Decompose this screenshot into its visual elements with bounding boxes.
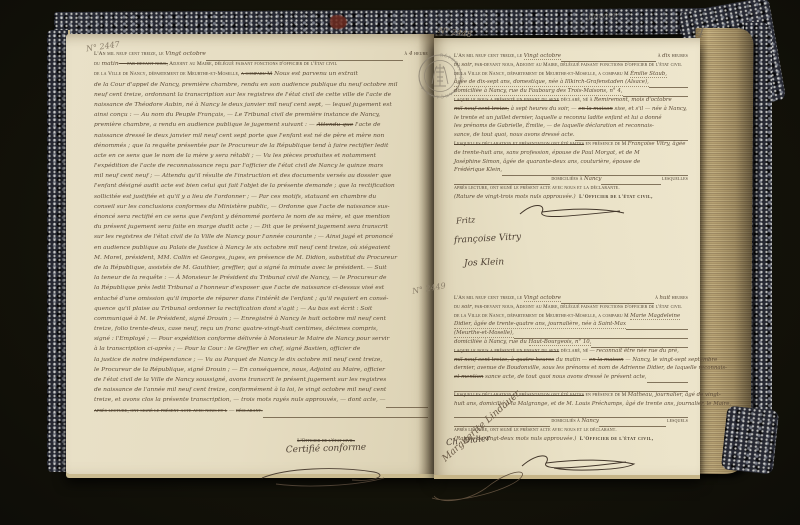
text-segment: lesquelles xyxy=(661,177,688,182)
text-segment: le Procureur de la République, signé Dro… xyxy=(94,368,385,374)
text-segment: en la maison xyxy=(578,107,613,112)
text-line: première chambre, a rendu en audience pu… xyxy=(94,123,428,133)
left-page-text-block: L'An mil neuf cent treize, le Vingt octo… xyxy=(94,52,428,419)
text-segment: soir xyxy=(461,305,471,310)
text-segment: L'An mil neuf cent treize, le xyxy=(454,54,524,59)
text-segment: du présent jugement sera faite en marge … xyxy=(94,225,388,231)
rule-line xyxy=(561,299,654,304)
text-segment: déclarant. xyxy=(590,428,617,433)
text-segment: du xyxy=(454,305,461,310)
text-segment: matin xyxy=(102,62,119,68)
act-2448-text-block: L'An mil neuf cent treize, le Vingt octo… xyxy=(454,54,688,204)
red-leather-spine-mark xyxy=(330,15,347,29)
text-segment: du xyxy=(454,63,461,68)
text-segment: domiciliées à xyxy=(550,177,584,182)
text-line: domiciliées à Nancy lesquelles xyxy=(454,177,688,186)
left-page-closing: L'Officier de l'état civil. Certifié con… xyxy=(226,438,426,454)
rule-line xyxy=(626,325,688,330)
text-segment: domiciliés à xyxy=(550,419,581,424)
book-scan-photo: Janvier N° 2447 L'An mil neuf cent treiz… xyxy=(0,0,800,525)
text-segment: sance acte, de tout quoi nous avons dres… xyxy=(483,375,646,380)
text-segment: , par-devant nous, Adjoint au Maire, dél… xyxy=(472,63,682,68)
text-line: après lecture, ont signé le présent acte… xyxy=(94,409,428,419)
rule-line xyxy=(454,180,550,185)
rule-line xyxy=(561,57,656,62)
text-segment: mil neuf cent treize, à quatre heures xyxy=(454,358,554,363)
text-segment: — Nancy, le vingt-sept septembre xyxy=(624,358,718,363)
text-segment: première chambre, a rendu en audience pu… xyxy=(94,123,317,129)
text-segment: Joséphine Simon, âgée de quarante-deux a… xyxy=(454,160,640,165)
text-segment: ainsi conçu : — Au nom du Peuple Françai… xyxy=(94,113,380,119)
rule-line xyxy=(601,180,660,185)
text-segment: déclaré, né — xyxy=(559,349,596,354)
text-segment: de trente-huit ans, sans profession, épo… xyxy=(454,151,640,156)
text-segment: après lecture, ont signé le présent acte… xyxy=(454,186,590,191)
rule-line xyxy=(647,378,688,383)
text-segment: les prénoms de Gabrielle, Émilie, — de l… xyxy=(454,124,654,129)
marbled-cover-bottom-right-corner xyxy=(721,405,779,474)
text-segment: heures xyxy=(670,54,688,59)
text-line: huit ans, domicilié à la Malgrange, et d… xyxy=(454,402,688,411)
text-segment: sollicitée est justifiée et qu'il y a li… xyxy=(94,195,376,201)
text-segment: Frédérique Klein, xyxy=(454,168,502,173)
text-segment: domiciliée à Nancy, rue du Faubourg des … xyxy=(454,89,623,95)
text-segment: dix xyxy=(662,54,670,59)
officer-signature-flourish xyxy=(256,464,396,490)
text-segment: naissance dressé le deux janvier mil neu… xyxy=(94,134,384,140)
text-segment: reconnaît être née rue du pré, xyxy=(596,349,679,354)
text-segment: (Meurthe-et-Moselle), xyxy=(454,331,514,337)
text-segment: Nancy xyxy=(584,177,601,182)
text-line: la République près ledit Tribunal a l'ho… xyxy=(94,286,428,296)
text-segment: l'enfant désigné audit acte est bien cel… xyxy=(94,184,395,190)
text-segment: Adjoint au Maire, délégué faisant foncti… xyxy=(168,62,337,67)
text-segment: sur les registres de l'état civil de la … xyxy=(94,235,393,241)
text-segment: , par-devant nous, Adjoint au Maire, dél… xyxy=(472,305,682,310)
text-segment: Françoise Vitry, âgée xyxy=(628,142,686,147)
text-segment: âgée de dix-sept ans, domestique, née à … xyxy=(454,80,649,86)
text-line: L'An mil neuf cent treize, le Vingt octo… xyxy=(454,54,688,63)
text-segment: et mention xyxy=(454,375,483,380)
text-segment: mil neuf cent neuf ; — Attendu qu'il rés… xyxy=(94,174,391,180)
text-segment: sise, et s'il — née à Nancy, xyxy=(613,107,687,112)
text-segment: treize, et avons clos la présente transc… xyxy=(94,398,386,404)
text-segment: quence qu'il plaise au Tribunal ordonner… xyxy=(94,307,372,313)
text-segment: mil neuf cent treize, xyxy=(454,107,509,112)
seal-figure xyxy=(432,64,448,86)
text-segment: dernier, avenue de Boudonville, sous les… xyxy=(454,366,727,371)
signature-witness-1: françoise Vitry xyxy=(454,232,522,246)
text-segment: de la Cour d'appel de Nancy, première ch… xyxy=(94,83,397,89)
text-segment: énoncé sera rectifié en ce sens que l'en… xyxy=(94,215,390,221)
text-segment: de la République, assistés de M. Gauthie… xyxy=(94,266,387,272)
left-page: N° 2447 L'An mil neuf cent treize, le Vi… xyxy=(66,34,434,474)
top-edge-inscription: Janvier xyxy=(588,10,617,20)
text-segment: l'acte de xyxy=(353,123,380,129)
text-segment: L'An mil neuf cent treize, le xyxy=(454,296,524,301)
text-segment: en audience publique au Palais de Justic… xyxy=(94,246,390,252)
marbled-cover-left-edge xyxy=(47,30,68,472)
text-segment: à sept heures du soir, — xyxy=(509,107,578,112)
text-segment: Émilie Staub, xyxy=(630,72,667,78)
text-segment: L'An mil neuf cent treize, le xyxy=(94,52,165,57)
text-segment: M. Morel, président, MM. Collin et Georg… xyxy=(94,256,397,262)
text-segment: de l'état civil de la Ville de Nancy sou… xyxy=(94,378,386,384)
text-segment: lesquels xyxy=(666,419,688,424)
text-segment: acte en ce sens que le nom de la mère y … xyxy=(94,154,376,160)
text-segment: Haut-Bourgeois, n° 10, xyxy=(529,340,592,346)
text-segment: soir xyxy=(461,63,471,68)
text-segment: L'Officier de l'état civil, xyxy=(579,195,653,200)
text-segment: huit xyxy=(660,296,671,301)
text-line: et mention sance acte, de tout quoi nous… xyxy=(454,375,688,384)
text-segment: Vingt octobre xyxy=(165,52,206,58)
text-segment: sance, de tout quoi, nous avons dressé a… xyxy=(454,133,575,138)
text-segment: de la Ville de Nancy, département de Meu… xyxy=(94,72,241,77)
text-segment: Nancy xyxy=(581,419,598,424)
text-segment: L'Officier de l'état civil, xyxy=(580,437,654,442)
text-segment: la République près ledit Tribunal a l'ho… xyxy=(94,286,384,292)
text-segment: Vingt octobre xyxy=(524,296,561,302)
text-segment: signé : l'Employé ; — Pour expédition co… xyxy=(94,337,389,343)
text-segment: domiciliée à Nancy, rue du xyxy=(454,340,529,345)
text-segment: après lecture, ont signé le présent acte… xyxy=(94,409,227,414)
text-segment: de naissance de l'année mil neuf cent tr… xyxy=(94,388,386,394)
text-segment: en présence de M xyxy=(584,142,628,147)
text-segment: déclaré, né à xyxy=(559,98,594,103)
rule-line xyxy=(263,413,428,418)
text-segment: laquelle nous a présenté un enfant du se… xyxy=(454,98,559,103)
act-2448-officer-signature xyxy=(512,200,632,224)
text-segment: communiqué à M. le Président, signé Drou… xyxy=(94,317,386,323)
text-segment: Attendu que xyxy=(317,123,354,129)
text-segment: conseil sur les conclusions conformes du… xyxy=(94,205,390,211)
text-segment: — par-devant nous, xyxy=(119,62,168,67)
text-line: L'An mil neuf cent treize, le Vingt octo… xyxy=(454,296,688,305)
text-segment: déclarant. xyxy=(236,409,263,414)
text-segment: du matin — xyxy=(554,358,589,363)
text-segment: de la Ville de Nancy, département de Meu… xyxy=(454,72,630,77)
text-segment: déclarante. xyxy=(590,186,619,191)
text-segment: entaché d'une omission qu'il importe de … xyxy=(94,297,388,303)
text-segment: en présence de M xyxy=(584,393,628,398)
text-segment: à la transcription ci-après ; — Pour la … xyxy=(94,347,360,353)
signature-declarant: Fritz xyxy=(456,215,476,225)
text-segment: laquelle nous a présenté un enfant du se… xyxy=(454,349,559,354)
rule-line xyxy=(649,83,688,88)
text-segment: Nous est parvenu un extrait xyxy=(272,72,358,78)
text-segment: dénommés ; que la requête présentée par … xyxy=(94,144,388,150)
text-segment: de la Ville de Nancy, département de Meu… xyxy=(454,314,630,319)
text-segment: heures xyxy=(670,296,688,301)
text-segment: naissance de Théodore Aubin, né à Nancy … xyxy=(94,103,392,109)
text-segment: la teneur de la requête : — À Monsieur l… xyxy=(94,276,387,282)
text-segment: a comparu M xyxy=(241,72,272,77)
text-segment: Marie Magdeleine xyxy=(630,314,680,320)
act2-signature-flourish xyxy=(426,458,576,508)
text-segment: Matheau, journalier, âgé de vingt- xyxy=(628,393,721,398)
text-segment: le trente et un juillet dernier, laquell… xyxy=(454,116,662,121)
right-page: 4 RÉPUBLIQUE FRANÇAISE ★ N° 2448 L'An mi… xyxy=(434,38,700,475)
text-segment: Remiremont, mois d'octobre xyxy=(594,98,672,103)
text-segment: la justice de notre indépendance ; — Vu … xyxy=(94,358,382,364)
text-line: Frédérique Klein, xyxy=(454,168,688,177)
rule-line xyxy=(454,422,550,427)
text-segment: en la maison xyxy=(589,358,624,363)
text-segment: neuf cent treize, ordonnant la transcrip… xyxy=(94,93,391,99)
text-segment: l'expédition de l'acte de reconnaissance… xyxy=(94,164,383,170)
rule-line xyxy=(599,422,666,427)
text-segment: — xyxy=(227,409,236,414)
text-segment: treize, folio trente-deux, case neuf, re… xyxy=(94,327,378,333)
text-segment: du xyxy=(94,62,102,67)
text-segment: Didier, âgée de trente-quatre ans, journ… xyxy=(454,322,626,328)
text-segment: Vingt octobre xyxy=(524,54,561,60)
text-segment: Lesquelles déclaration et présentation o… xyxy=(454,142,584,147)
signature-witness-2: Jos Klein xyxy=(464,257,504,268)
